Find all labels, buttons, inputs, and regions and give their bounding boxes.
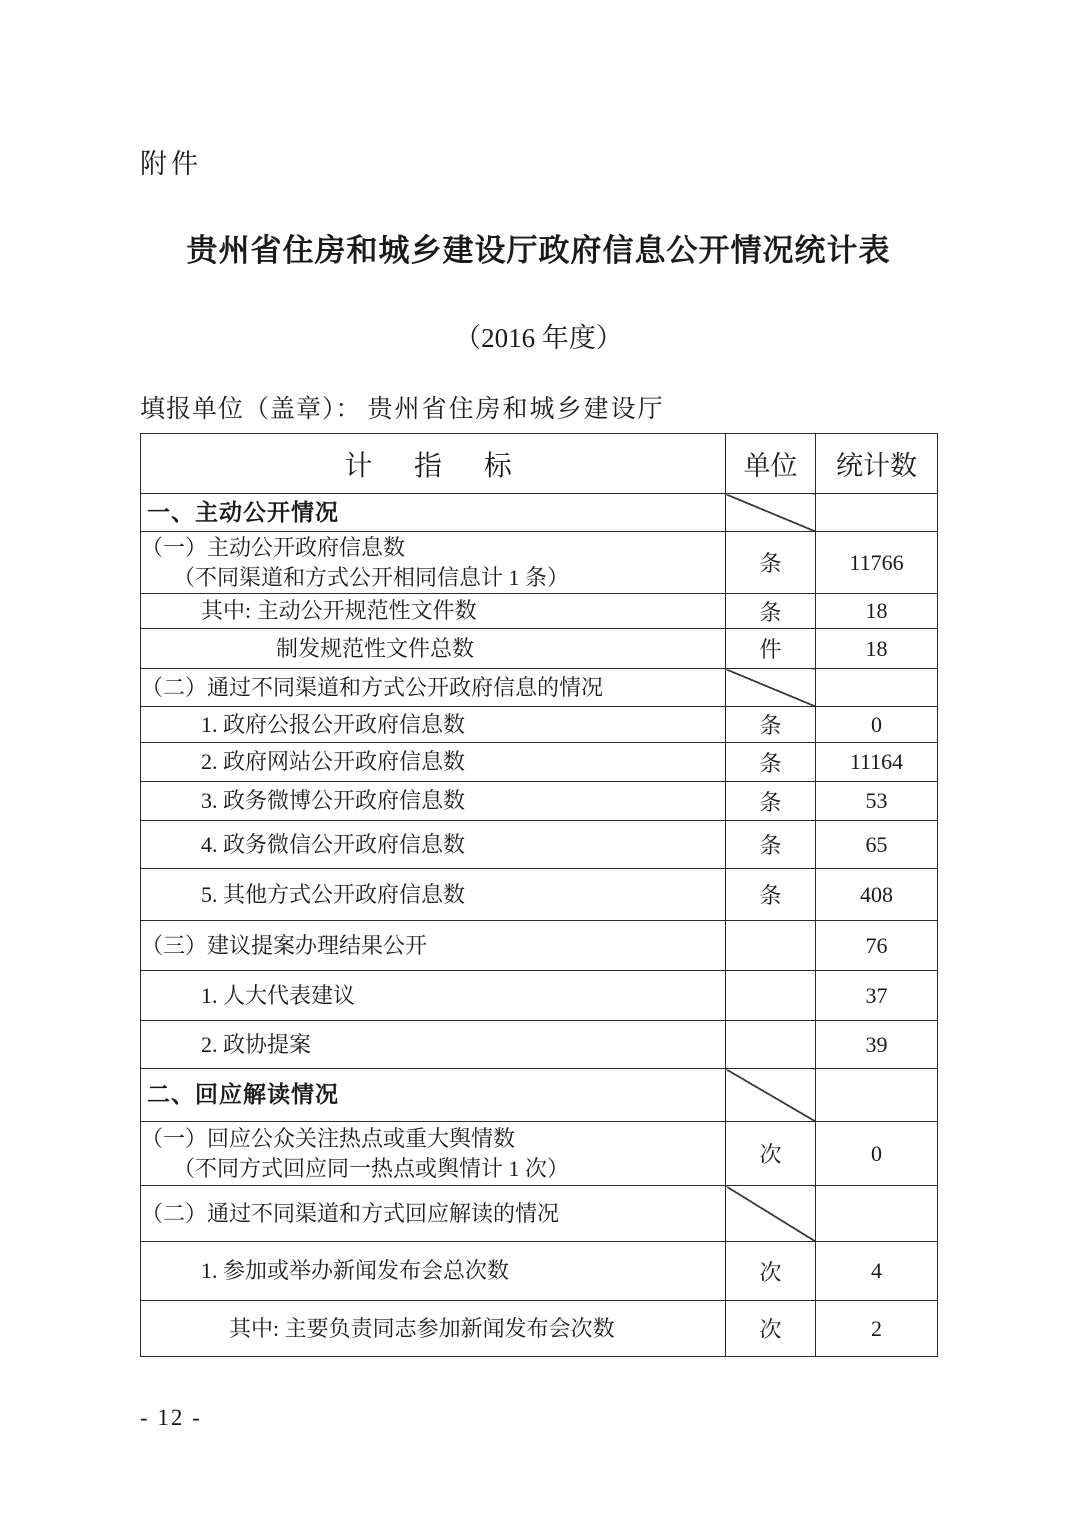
indicator-cell: （二）通过不同渠道和方式回应解读的情况: [141, 1186, 726, 1242]
page-number: - 12 -: [140, 1405, 202, 1431]
table-row-diagonal: （二）通过不同渠道和方式回应解读的情况: [141, 1186, 938, 1242]
header-indicator: 计 指 标: [141, 434, 726, 494]
table-row: 其中: 主动公开规范性文件数 条 18: [141, 594, 938, 629]
unit-cell: 条: [726, 532, 816, 594]
table-row: 2. 政府网站公开政府信息数 条 11164: [141, 743, 938, 782]
reporting-unit-label: 填报单位（盖章）：: [140, 396, 362, 423]
indicator-cell: 1. 参加或举办新闻发布会总次数: [141, 1242, 726, 1301]
count-cell: [816, 1186, 938, 1242]
reporting-unit-line: 填报单位（盖章）：贵州省住房和城乡建设厅: [140, 389, 937, 425]
count-cell: [816, 669, 938, 707]
indicator-cell: 1. 政府公报公开政府信息数: [141, 707, 726, 743]
header-unit: 单位: [726, 434, 816, 494]
indicator-cell: 其中: 主要负责同志参加新闻发布会次数: [141, 1301, 726, 1357]
indicator-cell: 2. 政府网站公开政府信息数: [141, 743, 726, 782]
table-row: 1. 人大代表建议 37: [141, 971, 938, 1021]
table-row: 2. 政协提案 39: [141, 1021, 938, 1069]
unit-cell: [726, 921, 816, 971]
indicator-cell: 3. 政务微博公开政府信息数: [141, 782, 726, 821]
table-row: 制发规范性文件总数 件 18: [141, 629, 938, 669]
count-cell: 11164: [816, 743, 938, 782]
unit-cell: 次: [726, 1301, 816, 1357]
indicator-cell: （三）建议提案办理结果公开: [141, 921, 726, 971]
unit-cell: 件: [726, 629, 816, 669]
count-cell: 4: [816, 1242, 938, 1301]
table-row-diagonal: （二）通过不同渠道和方式公开政府信息的情况: [141, 669, 938, 707]
table-row: 5. 其他方式公开政府信息数 条 408: [141, 869, 938, 921]
table-row: 1. 参加或举办新闻发布会总次数 次 4: [141, 1242, 938, 1301]
unit-cell: 次: [726, 1122, 816, 1186]
unit-cell: 条: [726, 869, 816, 921]
indicator-cell: 2. 政协提案: [141, 1021, 726, 1069]
unit-cell: [726, 1021, 816, 1069]
indicator-line1: （一）回应公众关注热点或重大舆情数: [141, 1124, 725, 1154]
indicator-cell: 5. 其他方式公开政府信息数: [141, 869, 726, 921]
document-page: 附件 贵州省住房和城乡建设厅政府信息公开情况统计表 （2016 年度） 填报单位…: [0, 0, 1074, 1520]
count-cell: 65: [816, 821, 938, 869]
unit-cell: 次: [726, 1242, 816, 1301]
indicator-line2: （不同方式回应同一热点或舆情计 1 次）: [141, 1154, 725, 1184]
indicator-cell: 制发规范性文件总数: [141, 629, 726, 669]
statistics-table: 计 指 标 单位 统计数 一、主动公开情况 （一）主动公开政府信息数 （不同渠道…: [140, 433, 938, 1357]
unit-cell: 条: [726, 821, 816, 869]
indicator-cell: 4. 政务微信公开政府信息数: [141, 821, 726, 869]
count-cell: 37: [816, 971, 938, 1021]
indicator-cell: （二）通过不同渠道和方式公开政府信息的情况: [141, 669, 726, 707]
count-cell: [816, 494, 938, 532]
unit-cell-diagonal: [726, 494, 816, 532]
count-cell: 53: [816, 782, 938, 821]
indicator-cell: （一）主动公开政府信息数 （不同渠道和方式公开相同信息计 1 条）: [141, 532, 726, 594]
indicator-cell: 一、主动公开情况: [141, 494, 726, 532]
indicator-cell: 二、回应解读情况: [141, 1069, 726, 1122]
indicator-cell: 其中: 主动公开规范性文件数: [141, 594, 726, 629]
table-row: 3. 政务微博公开政府信息数 条 53: [141, 782, 938, 821]
unit-cell: [726, 971, 816, 1021]
table-row: 1. 政府公报公开政府信息数 条 0: [141, 707, 938, 743]
unit-cell: 条: [726, 782, 816, 821]
indicator-line2: （不同渠道和方式公开相同信息计 1 条）: [141, 563, 725, 593]
table-row: （一）回应公众关注热点或重大舆情数 （不同方式回应同一热点或舆情计 1 次） 次…: [141, 1122, 938, 1186]
document-title: 贵州省住房和城乡建设厅政府信息公开情况统计表: [140, 225, 937, 270]
count-cell: 18: [816, 629, 938, 669]
table-row: 其中: 主要负责同志参加新闻发布会次数 次 2: [141, 1301, 938, 1357]
table-row: （一）主动公开政府信息数 （不同渠道和方式公开相同信息计 1 条） 条 1176…: [141, 532, 938, 594]
unit-cell: 条: [726, 743, 816, 782]
count-cell: 11766: [816, 532, 938, 594]
unit-cell: 条: [726, 594, 816, 629]
count-cell: 408: [816, 869, 938, 921]
table-row-section-1: 一、主动公开情况: [141, 494, 938, 532]
unit-cell-diagonal: [726, 1069, 816, 1122]
table-row: 4. 政务微信公开政府信息数 条 65: [141, 821, 938, 869]
count-cell: 2: [816, 1301, 938, 1357]
table-row-section-2: 二、回应解读情况: [141, 1069, 938, 1122]
unit-cell: 条: [726, 707, 816, 743]
attachment-label: 附件: [140, 0, 937, 181]
indicator-cell: 1. 人大代表建议: [141, 971, 726, 1021]
indicator-line1: （一）主动公开政府信息数: [141, 533, 725, 563]
unit-cell-diagonal: [726, 669, 816, 707]
header-count: 统计数: [816, 434, 938, 494]
count-cell: 39: [816, 1021, 938, 1069]
indicator-cell: （一）回应公众关注热点或重大舆情数 （不同方式回应同一热点或舆情计 1 次）: [141, 1122, 726, 1186]
count-cell: [816, 1069, 938, 1122]
count-cell: 0: [816, 707, 938, 743]
unit-cell-diagonal: [726, 1186, 816, 1242]
reporting-unit-value: 贵州省住房和城乡建设厅: [368, 396, 665, 423]
count-cell: 18: [816, 594, 938, 629]
count-cell: 76: [816, 921, 938, 971]
count-cell: 0: [816, 1122, 938, 1186]
table-header-row: 计 指 标 单位 统计数: [141, 434, 938, 494]
document-subtitle: （2016 年度）: [140, 316, 937, 355]
table-row: （三）建议提案办理结果公开 76: [141, 921, 938, 971]
